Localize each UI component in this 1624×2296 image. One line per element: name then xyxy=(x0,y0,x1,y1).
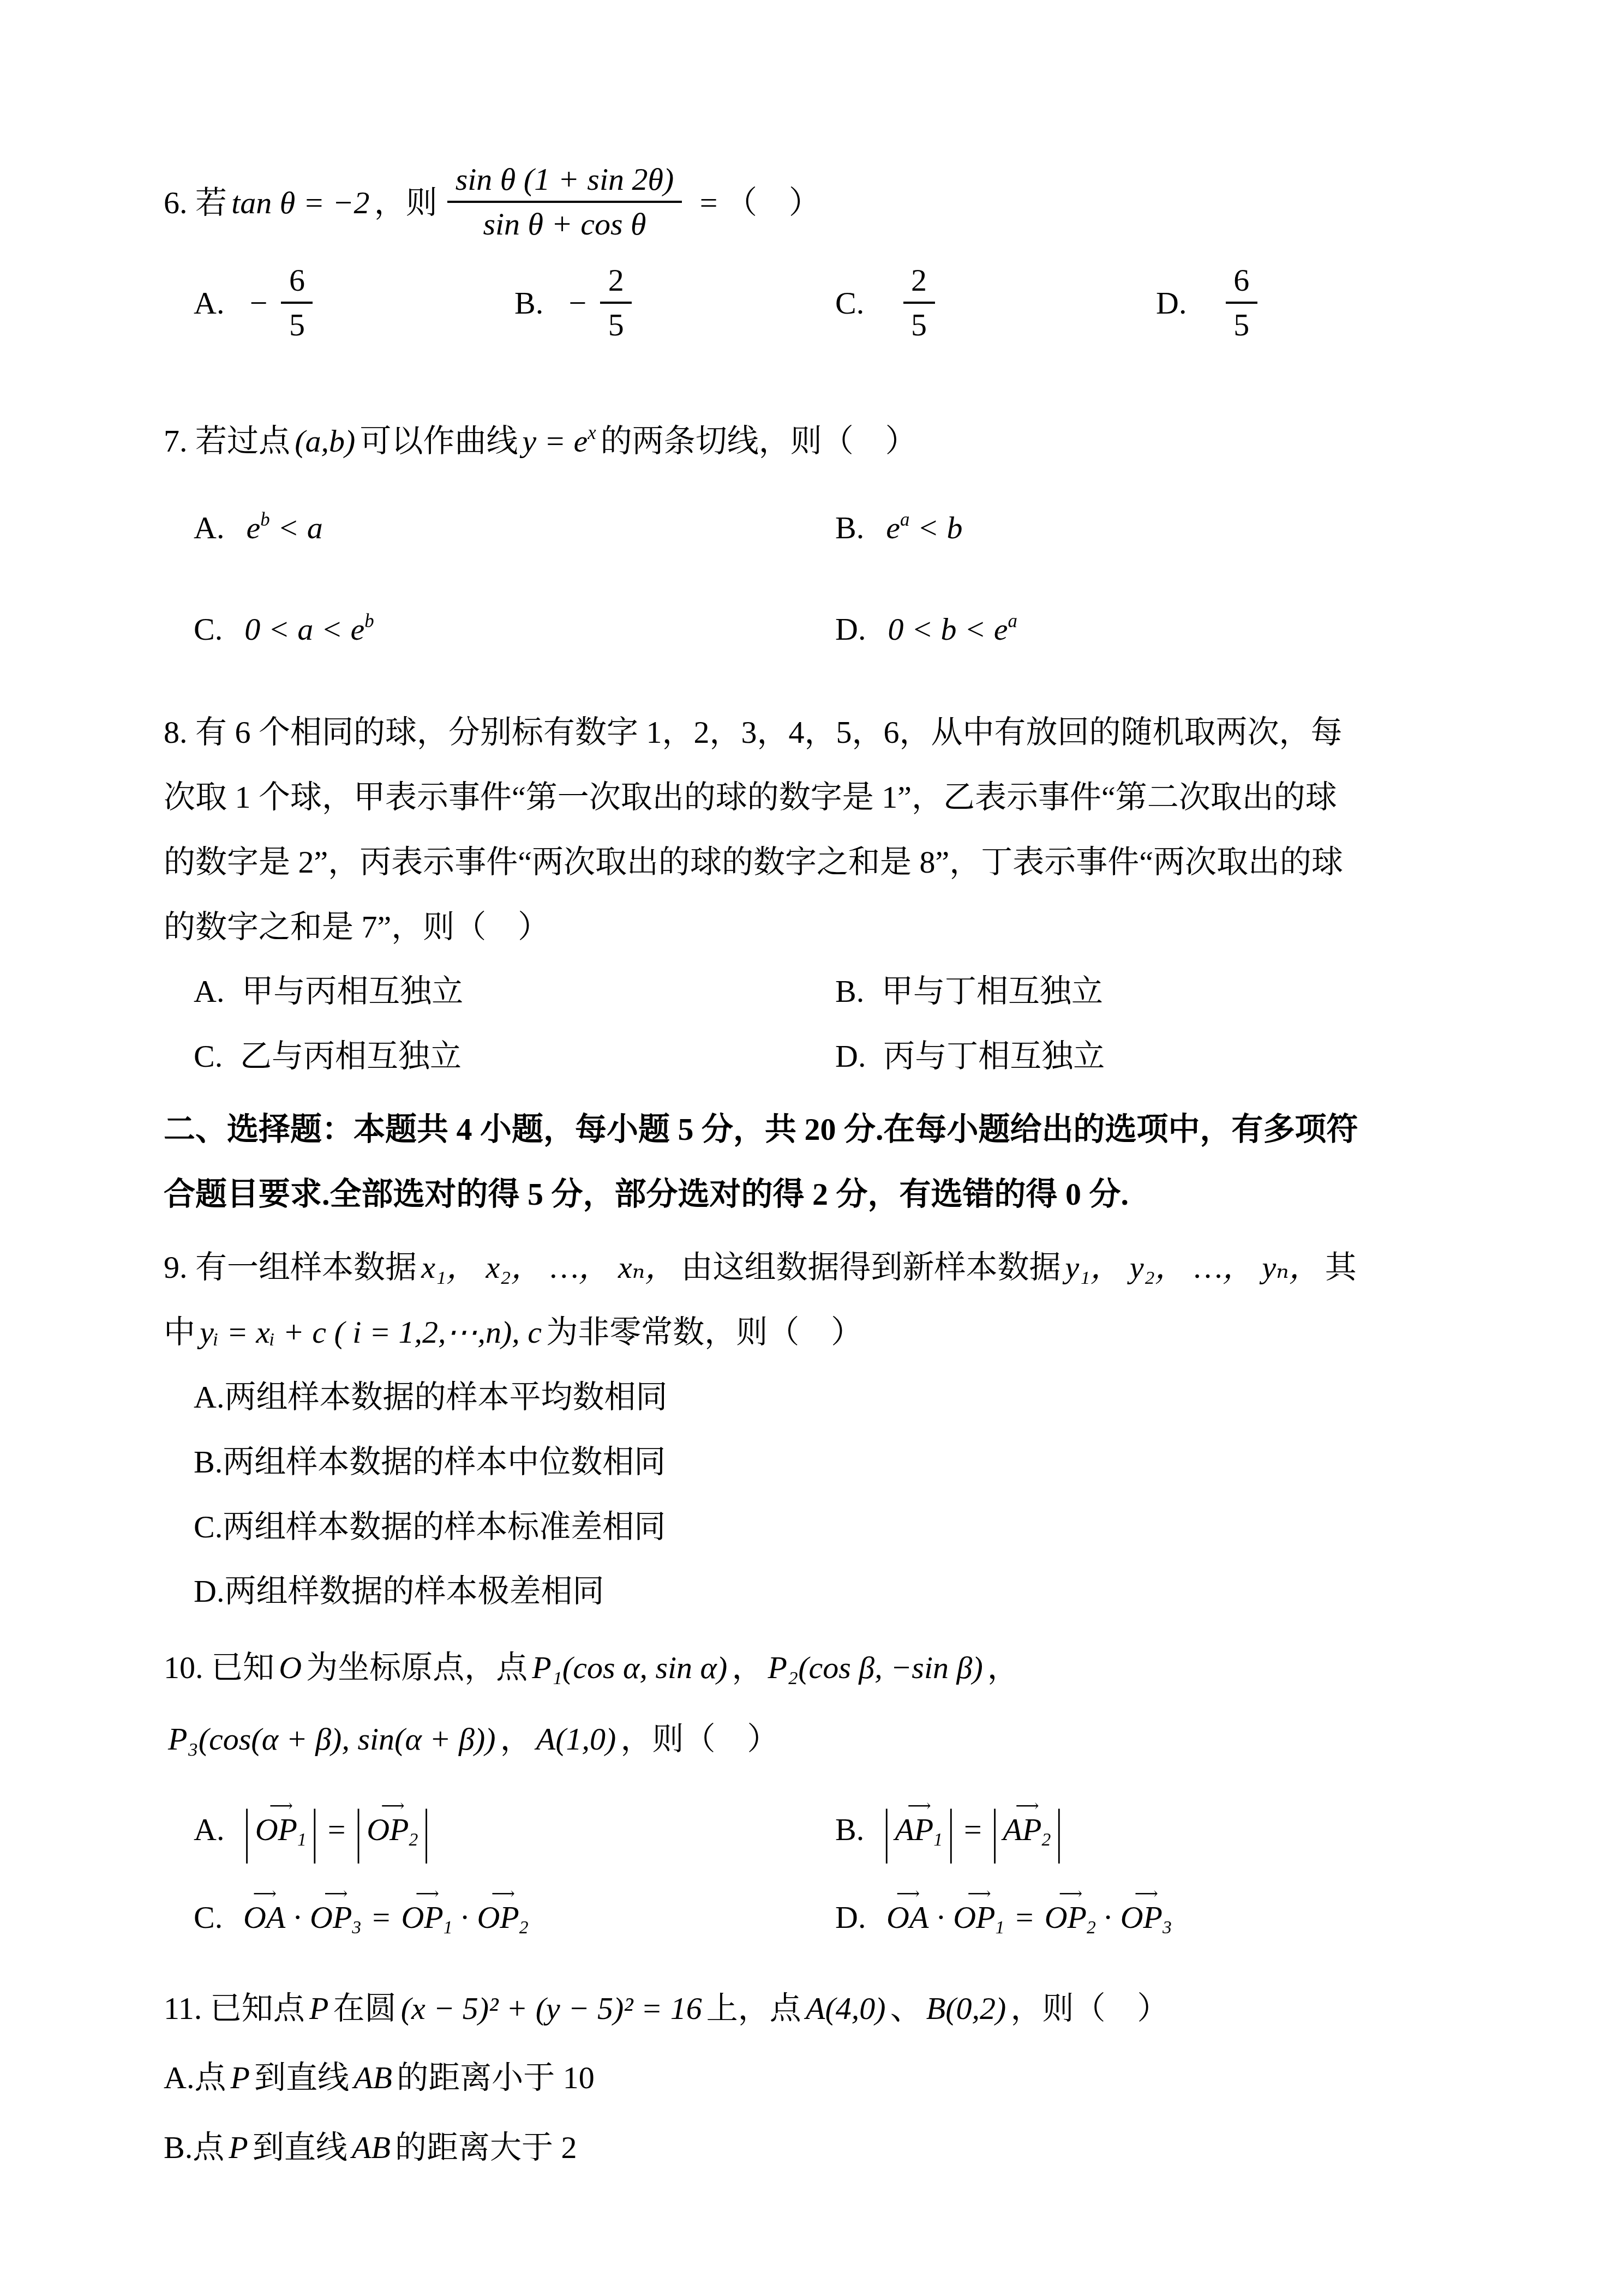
vector: ⟶AP1 xyxy=(895,1799,943,1849)
abs-bar: | xyxy=(1056,1786,1062,1876)
vector-subscript: 2 xyxy=(1041,1830,1051,1850)
dot-operator: · xyxy=(936,1900,946,1935)
option-text: 两组样本数据的样本平均数相同 xyxy=(224,1379,667,1415)
question-10-stem-line-1: 10. 已知O为坐标原点，点P₁(cos α, sin α)，P₂(cos β,… xyxy=(164,1632,1477,1704)
option-label: C. xyxy=(194,1900,223,1935)
option-label: B. xyxy=(194,1444,223,1480)
option-text: 甲与丙相互独立 xyxy=(242,973,463,1009)
option-label: D. xyxy=(835,1038,866,1074)
vector-body: OP2 xyxy=(477,1901,528,1937)
dot-operator: · xyxy=(1103,1900,1113,1935)
option-text: 甲与丁相互独立 xyxy=(882,973,1103,1009)
stem-text: 可以作曲线 xyxy=(359,423,518,459)
question-8-options-row-1: A.甲与丙相互独立 B.甲与丁相互独立 xyxy=(164,959,1477,1024)
math-expr: A(4,0) xyxy=(806,1991,886,2026)
stem-text: ， xyxy=(500,1721,532,1757)
vector-letters: OP xyxy=(953,1900,995,1935)
option-text: 丙与丁相互独立 xyxy=(883,1038,1105,1074)
vector: ⟶OP3 xyxy=(1120,1887,1172,1937)
vector: ⟶OP3 xyxy=(310,1887,361,1937)
vector-subscript: 2 xyxy=(519,1918,529,1938)
vector-body: OA xyxy=(886,1901,928,1937)
question-8: 8. 有 6 个相同的球，分别标有数字 1，2，3，4，5，6，从中有放回的随机… xyxy=(164,700,1477,1089)
stem-text: 9. 有一组样本数据 xyxy=(164,1249,417,1285)
question-10-options-row-1: A.|⟶OP1|=|⟶OP2| B.|⟶AP1|=|⟶AP2| xyxy=(164,1799,1477,1854)
stem-text: 11. 已知点 xyxy=(164,1991,305,2026)
abs-bar: | xyxy=(992,1786,998,1876)
math-expr: ea < b xyxy=(886,510,962,545)
vector-body: OP1 xyxy=(953,1901,1004,1937)
question-8-options-row-2: C.乙与丙相互独立 D.丙与丁相互独立 xyxy=(164,1024,1477,1089)
fraction-denominator: 5 xyxy=(903,304,935,345)
vector-body: OP3 xyxy=(1120,1901,1172,1937)
option-d: D.两组样数据的样本极差相同 xyxy=(164,1559,1477,1624)
fraction: sin θ (1 + sin 2θ)sin θ + cos θ xyxy=(443,160,686,244)
abs-bar: | xyxy=(355,1786,362,1876)
question-9: 9. 有一组样本数据x₁， x₂， …， xₙ，由这组数据得到新样本数据y₁， … xyxy=(164,1235,1477,1624)
math-expr: P₃(cos(α + β), sin(α + β)) xyxy=(168,1721,495,1757)
fraction: 25 xyxy=(600,261,632,345)
math-expr: B(0,2) xyxy=(926,1991,1006,2026)
math-base: y = e xyxy=(523,423,588,459)
option-text: 两组样本数据的样本标准差相同 xyxy=(223,1509,666,1544)
option-label: D. xyxy=(1156,285,1186,321)
vector-subscript: 1 xyxy=(996,1918,1005,1938)
vector-body: AP2 xyxy=(1003,1813,1051,1849)
exam-page: 6. 若tan θ = −2，则sin θ (1 + sin 2θ)sin θ … xyxy=(0,0,1624,2296)
question-10: 10. 已知O为坐标原点，点P₁(cos α, sin α)，P₂(cos β,… xyxy=(164,1632,1477,1941)
fraction-numerator: sin θ (1 + sin 2θ) xyxy=(447,160,682,203)
vector-subscript: 2 xyxy=(409,1830,418,1850)
vector-subscript: 1 xyxy=(444,1918,453,1938)
vector: ⟶OP1 xyxy=(401,1887,452,1937)
vector-body: OP3 xyxy=(310,1901,361,1937)
option-label: C. xyxy=(835,285,864,321)
math-expr: O xyxy=(279,1650,302,1685)
option-a: A.|⟶OP1|=|⟶OP2| xyxy=(194,1799,835,1854)
option-text: 乙与丙相互独立 xyxy=(240,1038,462,1074)
vector-letters: OA xyxy=(886,1900,928,1935)
stem-text: 上，点 xyxy=(706,1991,801,2026)
option-label: A. xyxy=(194,973,224,1009)
math-expr: tan θ = −2 xyxy=(231,185,369,220)
stem-text: ， xyxy=(987,1650,1019,1685)
vector-letters: OP xyxy=(367,1812,409,1847)
option-b: B.ea < b xyxy=(835,498,1477,558)
option-c: C.25 xyxy=(835,265,1156,349)
fraction-denominator: 5 xyxy=(1226,304,1257,345)
vector-subscript: 3 xyxy=(1162,1918,1172,1938)
math-superscript: b xyxy=(364,610,374,632)
math-expr: 0 < b < ea xyxy=(888,611,1017,647)
section-2-header-line-2: 合题目要求.全部选对的得 5 分，部分选对的得 2 分，有选错的得 0 分. xyxy=(164,1162,1477,1227)
option-a: A.甲与丙相互独立 xyxy=(194,959,835,1024)
abs-bar: | xyxy=(311,1786,318,1876)
math-superscript: x xyxy=(588,422,596,443)
abs-bar: | xyxy=(948,1786,954,1876)
dot-operator: · xyxy=(292,1900,303,1935)
vector-body: OA xyxy=(243,1901,285,1937)
math-expr: (a,b) xyxy=(295,423,355,459)
math-expr: (x − 5)² + (y − 5)² = 16 xyxy=(401,1991,702,2026)
math-superscript: a xyxy=(900,509,909,531)
vector-letters: OP xyxy=(310,1900,352,1935)
option-b: B.−25 xyxy=(514,265,835,349)
option-b: B.两组样本数据的样本中位数相同 xyxy=(164,1430,1477,1495)
option-d: D.65 xyxy=(1156,265,1477,349)
option-b: B.甲与丁相互独立 xyxy=(835,959,1477,1024)
math-base: e xyxy=(886,510,900,545)
question-11-stem: 11. 已知点P在圆(x − 5)² + (y − 5)² = 16上，点A(4… xyxy=(164,1974,1477,2043)
question-7-options-row-2: C.0 < a < eb D.0 < b < ea xyxy=(164,599,1477,659)
option-label: B. xyxy=(835,973,864,1009)
question-6-stem: 6. 若tan θ = −2，则sin θ (1 + sin 2θ)sin θ … xyxy=(164,164,1477,248)
option-label: D. xyxy=(194,1573,224,1609)
question-11: 11. 已知点P在圆(x − 5)² + (y − 5)² = 16上，点A(4… xyxy=(164,1974,1477,2183)
minus-sign: − xyxy=(250,285,268,321)
math-expr: x₁， x₂， …， xₙ， xyxy=(421,1249,676,1285)
option-text: 的距离小于 10 xyxy=(397,2060,595,2095)
math-superscript: b xyxy=(260,509,269,531)
option-label: B. xyxy=(835,1812,864,1847)
option-label: B. xyxy=(164,2130,193,2165)
option-c: C.0 < a < eb xyxy=(194,599,835,659)
option-label: A. xyxy=(194,285,224,321)
question-7: 7. 若过点(a,b)可以作曲线y = ex的两条切线，则（ ） A.eb < … xyxy=(164,409,1477,659)
math-expr: eb < a xyxy=(246,510,322,545)
question-10-options-row-2: C.⟶OA·⟶OP3=⟶OP1·⟶OP2 D.⟶OA·⟶OP1=⟶OP2·⟶OP… xyxy=(164,1887,1477,1941)
option-a: A.两组样本数据的样本平均数相同 xyxy=(164,1365,1477,1430)
stem-text: 其 xyxy=(1325,1249,1357,1285)
fraction: 65 xyxy=(1226,261,1257,345)
math-expr: y₁， y₂， …， yₙ， xyxy=(1065,1249,1321,1285)
vector-letters: OP xyxy=(1045,1900,1087,1935)
equals-sign: = xyxy=(1016,1900,1034,1935)
option-label: B. xyxy=(514,285,543,321)
vector-body: OP1 xyxy=(255,1813,307,1849)
option-c: C.乙与丙相互独立 xyxy=(194,1024,835,1089)
stem-text: ，则（ ） xyxy=(1010,1991,1168,2026)
stem-text: ，则 xyxy=(374,185,438,220)
math-expr: P xyxy=(231,2060,250,2095)
math-superscript: a xyxy=(1008,610,1017,632)
stem-text: ， xyxy=(732,1650,763,1685)
fraction-denominator: 5 xyxy=(600,304,632,345)
question-6-options: A.−65 B.−25 C.25 D.65 xyxy=(164,265,1477,349)
vector-body: AP1 xyxy=(895,1813,943,1849)
fraction-numerator: 2 xyxy=(600,261,632,304)
option-a: A.eb < a xyxy=(194,498,835,558)
vector: ⟶OP1 xyxy=(255,1799,307,1849)
vector-subscript: 2 xyxy=(1087,1918,1096,1938)
fraction-numerator: 6 xyxy=(1226,261,1257,304)
stem-text: ，则（ ） xyxy=(620,1721,778,1757)
vector-letters: OP xyxy=(1120,1900,1162,1935)
vector: ⟶OA xyxy=(243,1887,285,1937)
stem-text: 的两条切线，则（ ） xyxy=(601,423,917,459)
option-label: A. xyxy=(164,2060,194,2095)
equals-sign: = xyxy=(328,1812,346,1847)
question-9-stem-line-2: 中yᵢ = xᵢ + c ( i = 1,2,⋯,n), c为非零常数，则（ ） xyxy=(164,1300,1477,1365)
vector-body: OP2 xyxy=(1045,1901,1096,1937)
stem-text: 中 xyxy=(164,1314,195,1350)
abs-bar: | xyxy=(884,1786,890,1876)
vector-body: OP1 xyxy=(401,1901,452,1937)
vector: ⟶AP2 xyxy=(1003,1799,1051,1849)
dot-operator: · xyxy=(459,1900,470,1935)
vector-letters: OP xyxy=(477,1900,519,1935)
section-2-header-line-1: 二、选择题：本题共 4 小题，每小题 5 分，共 20 分.在每小题给出的选项中… xyxy=(164,1097,1477,1162)
stem-text: 10. 已知 xyxy=(164,1650,274,1685)
option-text: 到直线 xyxy=(254,2060,349,2095)
option-a: A.−65 xyxy=(194,265,514,349)
vector: ⟶OP2 xyxy=(367,1799,418,1849)
option-label: B. xyxy=(835,510,864,545)
stem-text: 由这组数据得到新样本数据 xyxy=(681,1249,1060,1285)
abs-bar: | xyxy=(244,1786,250,1876)
fraction-numerator: 6 xyxy=(281,261,313,304)
option-label: C. xyxy=(194,1038,223,1074)
option-b: B.点P到直线AB的距离大于 2 xyxy=(164,2113,1477,2183)
stem-text: 为非零常数，则（ ） xyxy=(546,1314,862,1350)
abs-bar: | xyxy=(423,1786,430,1876)
equals-sign: = xyxy=(372,1900,390,1935)
vector-letters: AP xyxy=(1003,1812,1042,1847)
stem-text: 6. 若 xyxy=(164,185,227,220)
question-6: 6. 若tan θ = −2，则sin θ (1 + sin 2θ)sin θ … xyxy=(164,164,1477,349)
option-text: 点 xyxy=(193,2130,224,2165)
option-text: 到直线 xyxy=(253,2130,347,2165)
option-text: 的距离大于 2 xyxy=(395,2130,577,2165)
question-10-stem-line-2: P₃(cos(α + β), sin(α + β))，A(1,0)，则（ ） xyxy=(164,1704,1477,1775)
math-expr: y = ex xyxy=(523,423,596,459)
section-2-header: 二、选择题：本题共 4 小题，每小题 5 分，共 20 分.在每小题给出的选项中… xyxy=(164,1097,1477,1227)
vector: ⟶OA xyxy=(886,1887,928,1937)
question-8-stem-line-2: 次取 1 个球，甲表示事件“第一次取出的球的数字是 1”，乙表示事件“第二次取出… xyxy=(164,765,1477,830)
option-d: D.丙与丁相互独立 xyxy=(835,1024,1477,1089)
math-expr: 0 < a < eb xyxy=(244,611,374,647)
option-label: C. xyxy=(194,1509,223,1544)
math-base: e xyxy=(246,510,260,545)
question-8-stem-line-1: 8. 有 6 个相同的球，分别标有数字 1，2，3，4，5，6，从中有放回的随机… xyxy=(164,700,1477,765)
math-expr: AB xyxy=(352,2130,391,2165)
vector-subscript: 3 xyxy=(352,1918,361,1938)
option-label: A. xyxy=(194,1812,224,1847)
math-base: 0 < a < e xyxy=(244,611,364,647)
answer-blank: （ ） xyxy=(726,185,820,220)
math-base: 0 < b < e xyxy=(888,611,1008,647)
fraction-denominator: sin θ + cos θ xyxy=(447,203,682,244)
vector-letters: OP xyxy=(401,1900,443,1935)
stem-text: 为坐标原点，点 xyxy=(306,1650,528,1685)
math-expr: AB xyxy=(353,2060,392,2095)
equals-sign: = xyxy=(964,1812,982,1847)
option-d: D.⟶OA·⟶OP1=⟶OP2·⟶OP3 xyxy=(835,1887,1477,1941)
fraction-numerator: 2 xyxy=(903,261,935,304)
math-expr: A(1,0) xyxy=(536,1721,616,1757)
vector: ⟶OP2 xyxy=(1045,1887,1096,1937)
question-7-options-row-1: A.eb < a B.ea < b xyxy=(164,498,1477,558)
fraction: 25 xyxy=(903,261,935,345)
fraction: 65 xyxy=(281,261,313,345)
option-label: D. xyxy=(835,1900,866,1935)
stem-text: 7. 若过点 xyxy=(164,423,290,459)
option-label: D. xyxy=(835,611,866,647)
vector-letters: OP xyxy=(255,1812,297,1847)
fraction-denominator: 5 xyxy=(281,304,313,345)
option-label: A. xyxy=(194,510,224,545)
math-expr: yᵢ = xᵢ + c ( i = 1,2,⋯,n), c xyxy=(200,1314,542,1350)
option-text: 两组样本数据的样本中位数相同 xyxy=(223,1444,666,1480)
math-expr: P₂(cos β, −sin β) xyxy=(768,1650,983,1685)
vector-subscript: 1 xyxy=(297,1830,307,1850)
option-d: D.0 < b < ea xyxy=(835,599,1477,659)
vector-body: OP2 xyxy=(367,1813,418,1849)
math-tail: < b xyxy=(909,510,962,545)
option-c: C.两组样本数据的样本标准差相同 xyxy=(164,1495,1477,1560)
equals-sign: = xyxy=(700,185,718,220)
minus-sign: − xyxy=(569,285,587,321)
option-a: A.点P到直线AB的距离小于 10 xyxy=(164,2043,1477,2113)
math-expr: P₁(cos α, sin α) xyxy=(532,1650,727,1685)
vector: ⟶OP2 xyxy=(477,1887,528,1937)
vector: ⟶OP1 xyxy=(953,1887,1004,1937)
vector-letters: AP xyxy=(895,1812,933,1847)
question-9-stem-line-1: 9. 有一组样本数据x₁， x₂， …， xₙ，由这组数据得到新样本数据y₁， … xyxy=(164,1235,1477,1300)
stem-text: 在圆 xyxy=(333,1991,397,2026)
question-7-stem: 7. 若过点(a,b)可以作曲线y = ex的两条切线，则（ ） xyxy=(164,409,1477,474)
question-8-stem-line-3: 的数字是 2”，丙表示事件“两次取出的球的数字之和是 8”，丁表示事件“两次取出… xyxy=(164,830,1477,895)
option-c: C.⟶OA·⟶OP3=⟶OP1·⟶OP2 xyxy=(194,1887,835,1941)
option-label: C. xyxy=(194,611,223,647)
math-tail: < a xyxy=(270,510,323,545)
vector-letters: OA xyxy=(243,1900,285,1935)
math-expr: P xyxy=(229,2130,248,2165)
vector-subscript: 1 xyxy=(933,1830,943,1850)
option-text: 两组样数据的样本极差相同 xyxy=(224,1573,604,1609)
question-8-stem-line-4: 的数字之和是 7”，则（ ） xyxy=(164,895,1477,960)
stem-text: 、 xyxy=(890,1991,922,2026)
option-text: 点 xyxy=(194,2060,226,2095)
option-b: B.|⟶AP1|=|⟶AP2| xyxy=(835,1799,1477,1854)
math-expr: P xyxy=(309,1991,328,2026)
option-label: A. xyxy=(194,1379,224,1415)
